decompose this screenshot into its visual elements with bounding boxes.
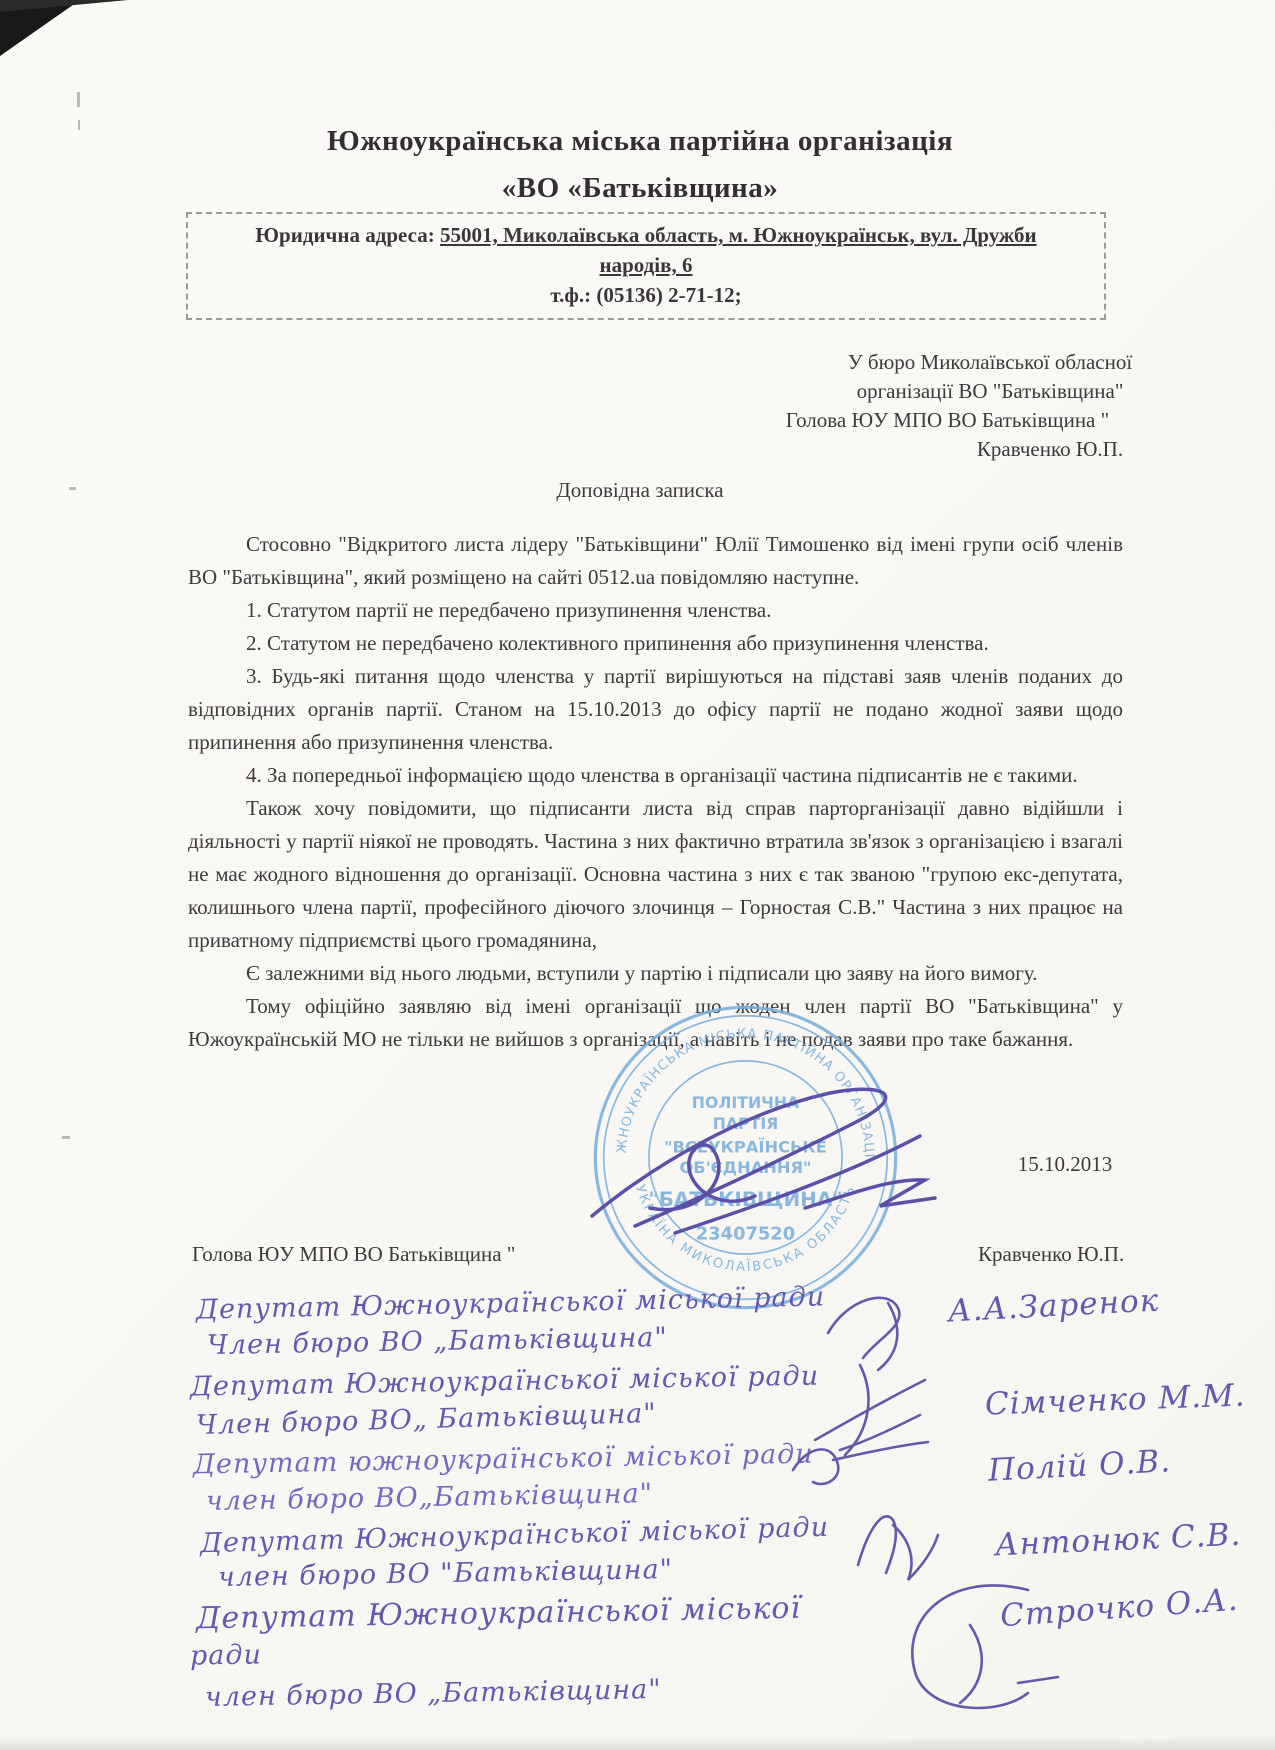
deputy5-role-line1: Депутат Южноукраїнської міської <box>196 1591 802 1637</box>
org-title: Южноукраїнська міська партійна організац… <box>160 125 1120 158</box>
body-list-item: 4. За попередньої інформацією щодо членс… <box>188 759 1123 792</box>
legal-address-box: Юридична адреса: 55001, Миколаївська обл… <box>186 212 1106 320</box>
signoff-position: Голова ЮУ МПО ВО Батьківщина " <box>192 1242 515 1267</box>
body-list-item: 1. Статутом партії не передбачено призуп… <box>188 594 1123 627</box>
scan-speck <box>62 1136 70 1139</box>
deputy4-name: Антонюк С.В. <box>994 1517 1242 1564</box>
recipient-block: У бюро Миколаївської обласної організаці… <box>790 348 1190 464</box>
scan-bottom-shadow <box>0 1736 1275 1750</box>
org-subtitle: «ВО «Батьківщина» <box>160 172 1120 205</box>
body-paragraph: Також хочу повідомити, що підписанти лис… <box>188 792 1123 957</box>
deputy2-role-line2: Член бюро ВО„ Батьківщина" <box>196 1398 657 1441</box>
document-date: 15.10.2013 <box>960 1152 1170 1177</box>
deputy3-role-line1: Депутат южноукраїнської міської ради <box>193 1439 814 1481</box>
deputy1-role-line1: Депутат Южноукраїнської міської ради <box>196 1281 826 1325</box>
body-list-item: 2. Статутом не передбачено колективного … <box>188 627 1123 660</box>
phone-line: т.ф.: (05136) 2-71-12; <box>198 280 1094 310</box>
deputy3-name: Полій О.В. <box>987 1443 1172 1489</box>
scan-speck <box>77 92 80 107</box>
deputy1-role-line2: Член бюро ВО „Батьківщина" <box>207 1322 668 1361</box>
deputy3-role-line2: член бюро ВО„Батьківщина" <box>206 1478 654 1517</box>
recipient-line: Голова ЮУ МПО ВО Батьківщина " <box>705 406 1190 435</box>
address-label: Юридична адреса: <box>255 223 434 247</box>
deputy2-name: Сімченко М.М. <box>984 1377 1246 1422</box>
document-body: Стосовно "Відкритого листа лідеру "Батьк… <box>188 528 1123 1056</box>
deputy5-signature-scribble <box>878 1565 1078 1725</box>
scanned-document-page: Южноукраїнська міська партійна організац… <box>0 0 1275 1750</box>
legal-address-line2: народів, 6 <box>198 250 1094 280</box>
deputy4-role-line1: Депутат Южноукраїнської міської ради <box>200 1512 830 1559</box>
recipient-line: У бюро Миколаївської обласної <box>790 348 1190 377</box>
deputy1-name: А.А.Заренок <box>947 1282 1160 1329</box>
scan-corner-artifact <box>0 0 140 70</box>
body-paragraph: Стосовно "Відкритого листа лідеру "Батьк… <box>188 528 1123 594</box>
scan-speck <box>69 487 76 490</box>
deputy5-role-line2: ради <box>190 1639 262 1671</box>
scan-speck <box>78 120 80 130</box>
legal-address-line1: Юридична адреса: 55001, Миколаївська обл… <box>198 220 1094 250</box>
recipient-line: організації ВО "Батьківщина" <box>790 377 1190 406</box>
deputy5-role-line3: член бюро ВО „Батьківщина" <box>205 1674 662 1713</box>
chairman-signature-scribble <box>580 1058 950 1268</box>
recipient-line: Кравченко Ю.П. <box>910 435 1190 464</box>
signoff-name: Кравченко Ю.П. <box>978 1242 1124 1267</box>
deputy2-role-line1: Депутат Южноукраїнської міської ради <box>190 1361 820 1403</box>
document-subject: Доповідна записка <box>160 478 1120 503</box>
deputy4-role-line2: член бюро ВО "Батьківщина" <box>218 1554 674 1593</box>
deputy3-signature-scribble <box>778 1430 938 1500</box>
body-list-item: 3. Будь-які питання щодо членства у парт… <box>188 660 1123 759</box>
address-value: 55001, Миколаївська область, м. Южноукра… <box>440 223 1037 247</box>
body-paragraph: Є залежними від нього людьми, вступили у… <box>188 957 1123 990</box>
